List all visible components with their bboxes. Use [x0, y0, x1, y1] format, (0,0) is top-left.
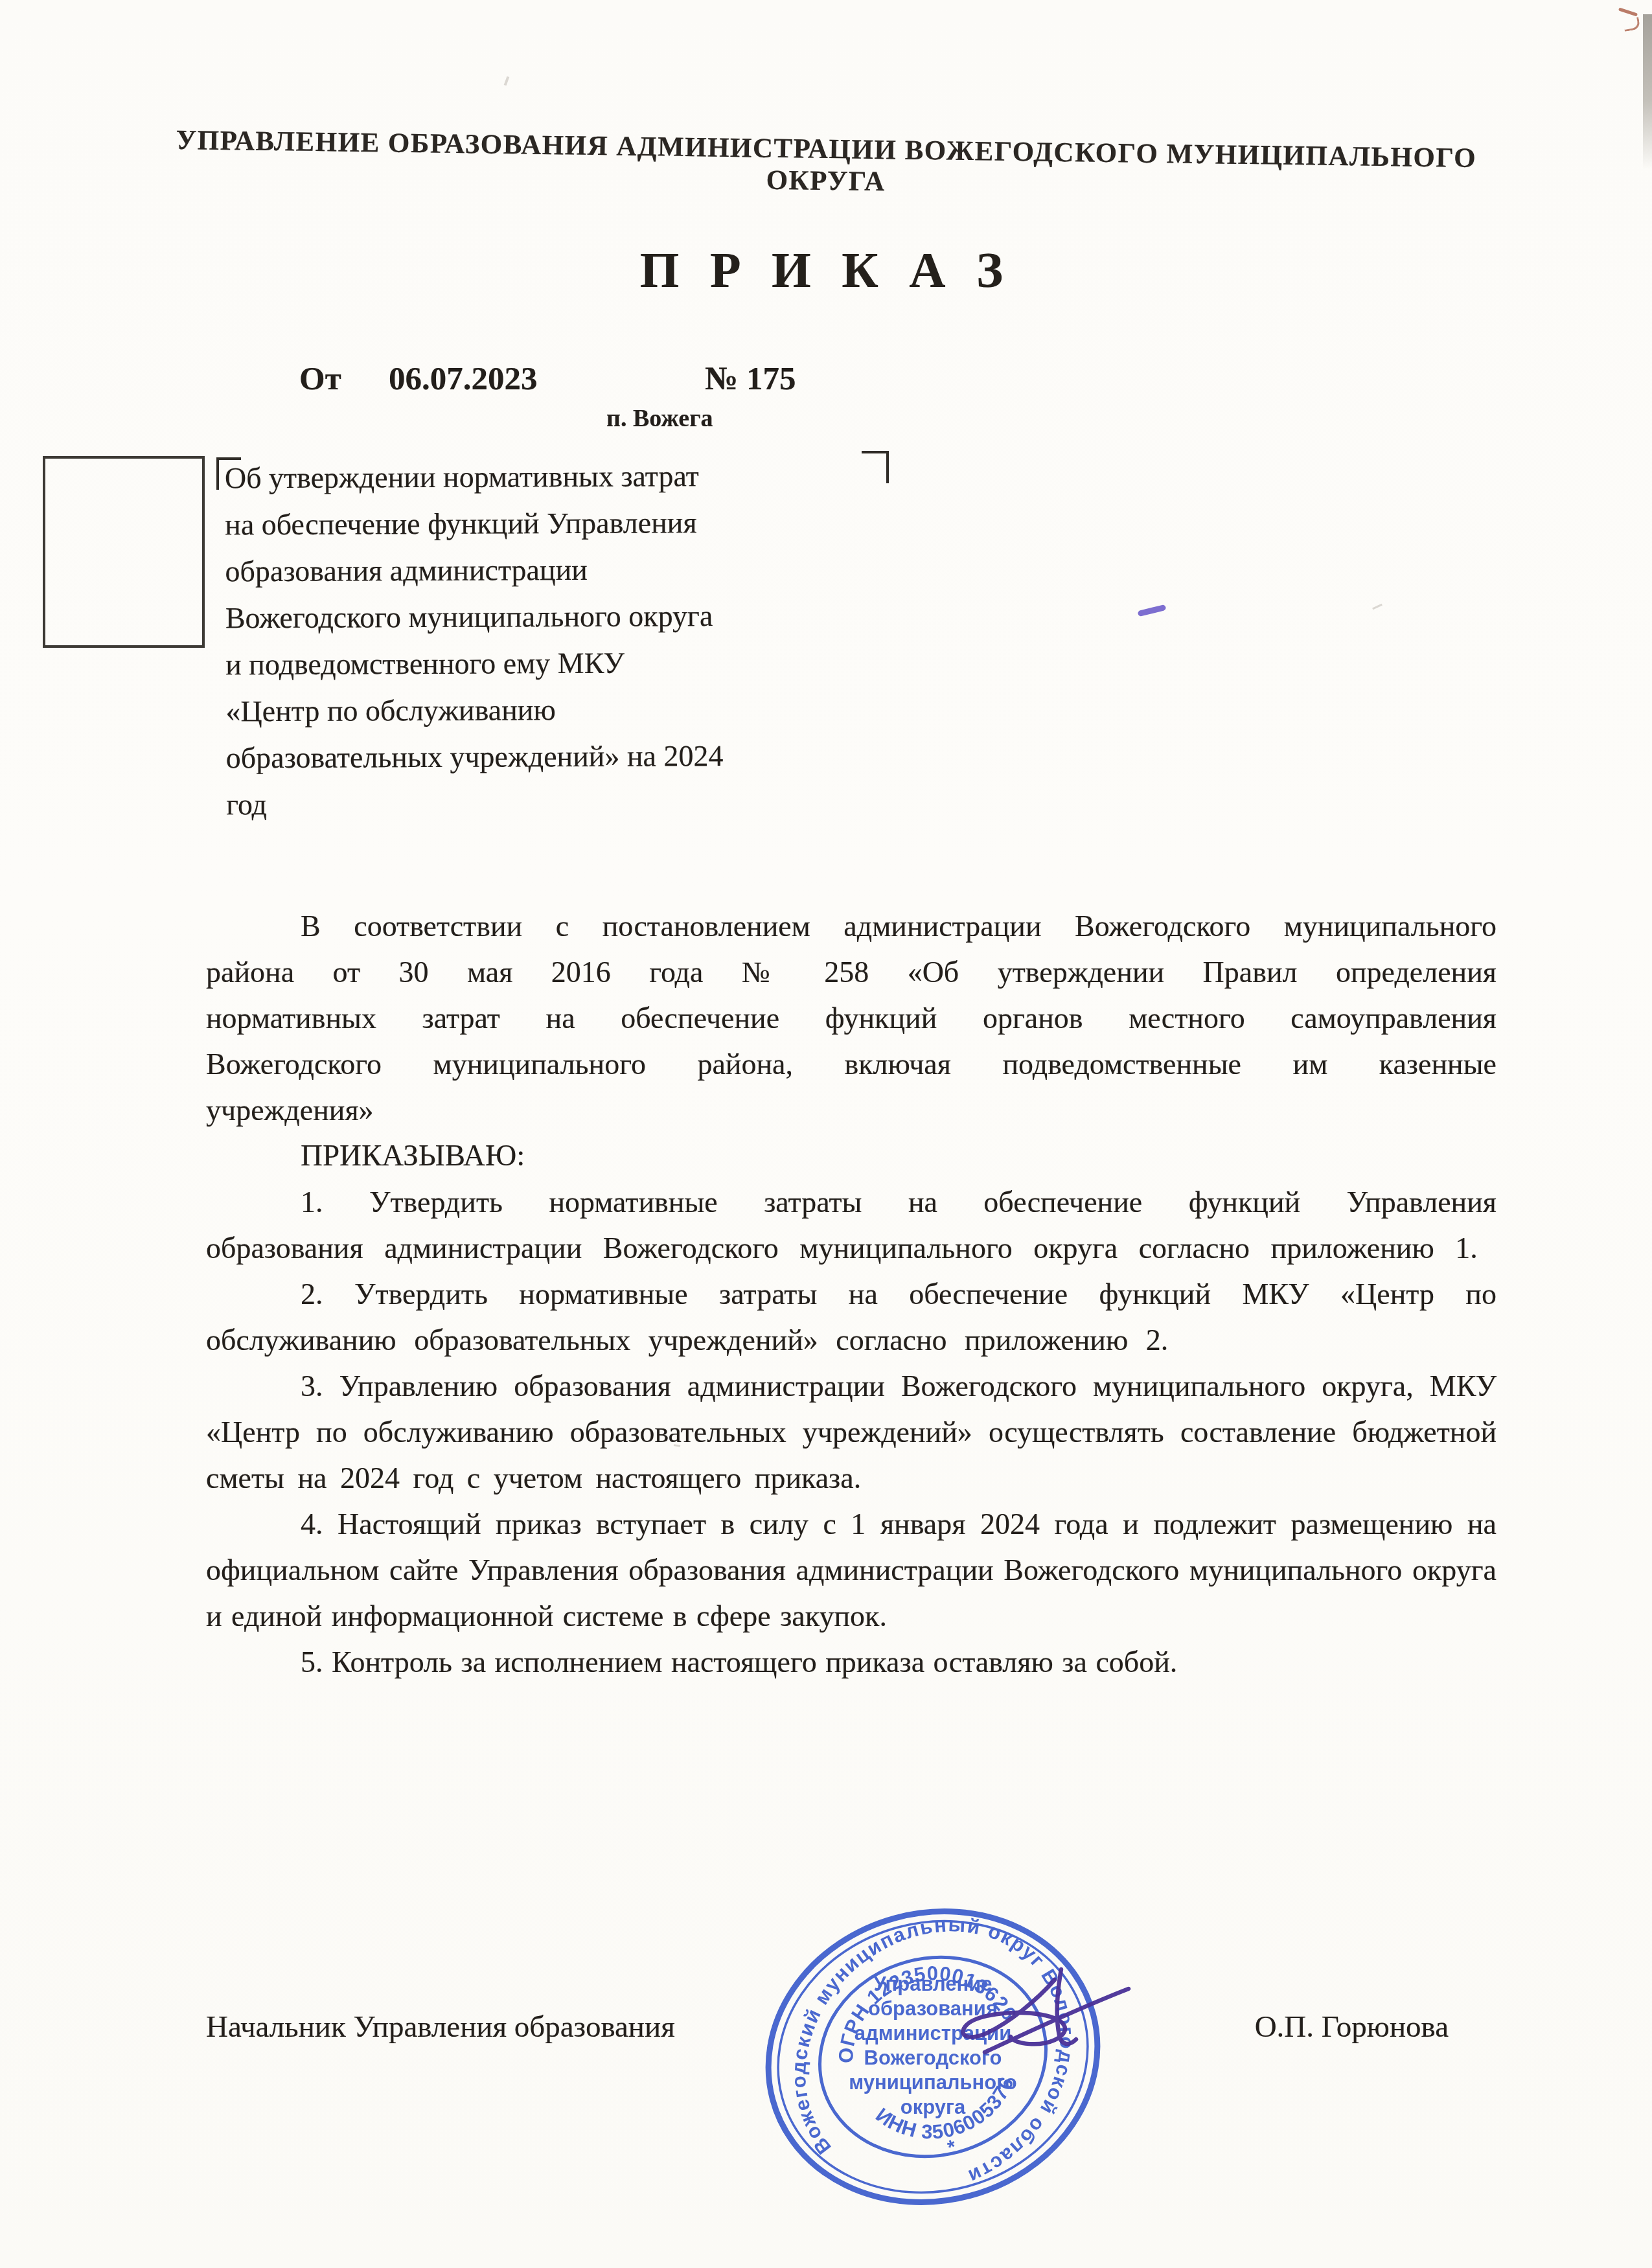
corner-scribble-icon — [1618, 7, 1638, 16]
handwritten-signature — [939, 1962, 1134, 2059]
order-item: 5. Контроль за исполнением настоящего пр… — [206, 1639, 1497, 1685]
org-header: УПРАВЛЕНИЕ ОБРАЗОВАНИЯ АДМИНИСТРАЦИИ ВОЖ… — [152, 124, 1500, 206]
scan-edge-shadow — [1643, 14, 1652, 170]
corner-scribble-icon — [1623, 17, 1641, 32]
signature-name: О.П. Горюнова — [1255, 2010, 1449, 2045]
order-item: 4. Настоящий приказ вступает в силу с 1 … — [206, 1501, 1497, 1639]
intro-paragraph: В соответствии с постановлением админист… — [206, 903, 1497, 1133]
order-item: 1. Утвердить нормативные затраты на обес… — [206, 1179, 1497, 1271]
scan-speck — [504, 76, 510, 86]
doc-number: № 175 — [705, 360, 796, 398]
date-label: От — [299, 360, 341, 398]
scanned-order-page: УПРАВЛЕНИЕ ОБРАЗОВАНИЯ АДМИНИСТРАЦИИ ВОЖ… — [0, 0, 1652, 2268]
order-keyword: ПРИКАЗЫВАЮ: — [206, 1133, 1497, 1179]
order-item: 2. Утвердить нормативные затраты на обес… — [206, 1271, 1497, 1363]
signature-position: Начальник Управления образования — [206, 2010, 675, 2045]
stamp-center-line: округа — [901, 2096, 966, 2118]
signature-descender — [1057, 1969, 1076, 2044]
body-text: В соответствии с постановлением админист… — [206, 903, 1497, 1685]
order-item: 3. Управлению образования администрации … — [206, 1363, 1497, 1501]
scan-speck — [1372, 604, 1382, 610]
subject-block: Об утверждении нормативных затрат на обе… — [225, 452, 913, 829]
stamp-center-line: муниципального — [849, 2071, 1016, 2094]
signature-loop — [963, 1980, 1065, 2044]
place-name: п. Вожега — [606, 404, 713, 433]
blank-corner-box — [43, 456, 205, 648]
ink-mark — [1138, 604, 1167, 617]
date-value: 06.07.2023 — [389, 360, 538, 398]
doc-title: П Р И К А З — [0, 241, 1652, 299]
